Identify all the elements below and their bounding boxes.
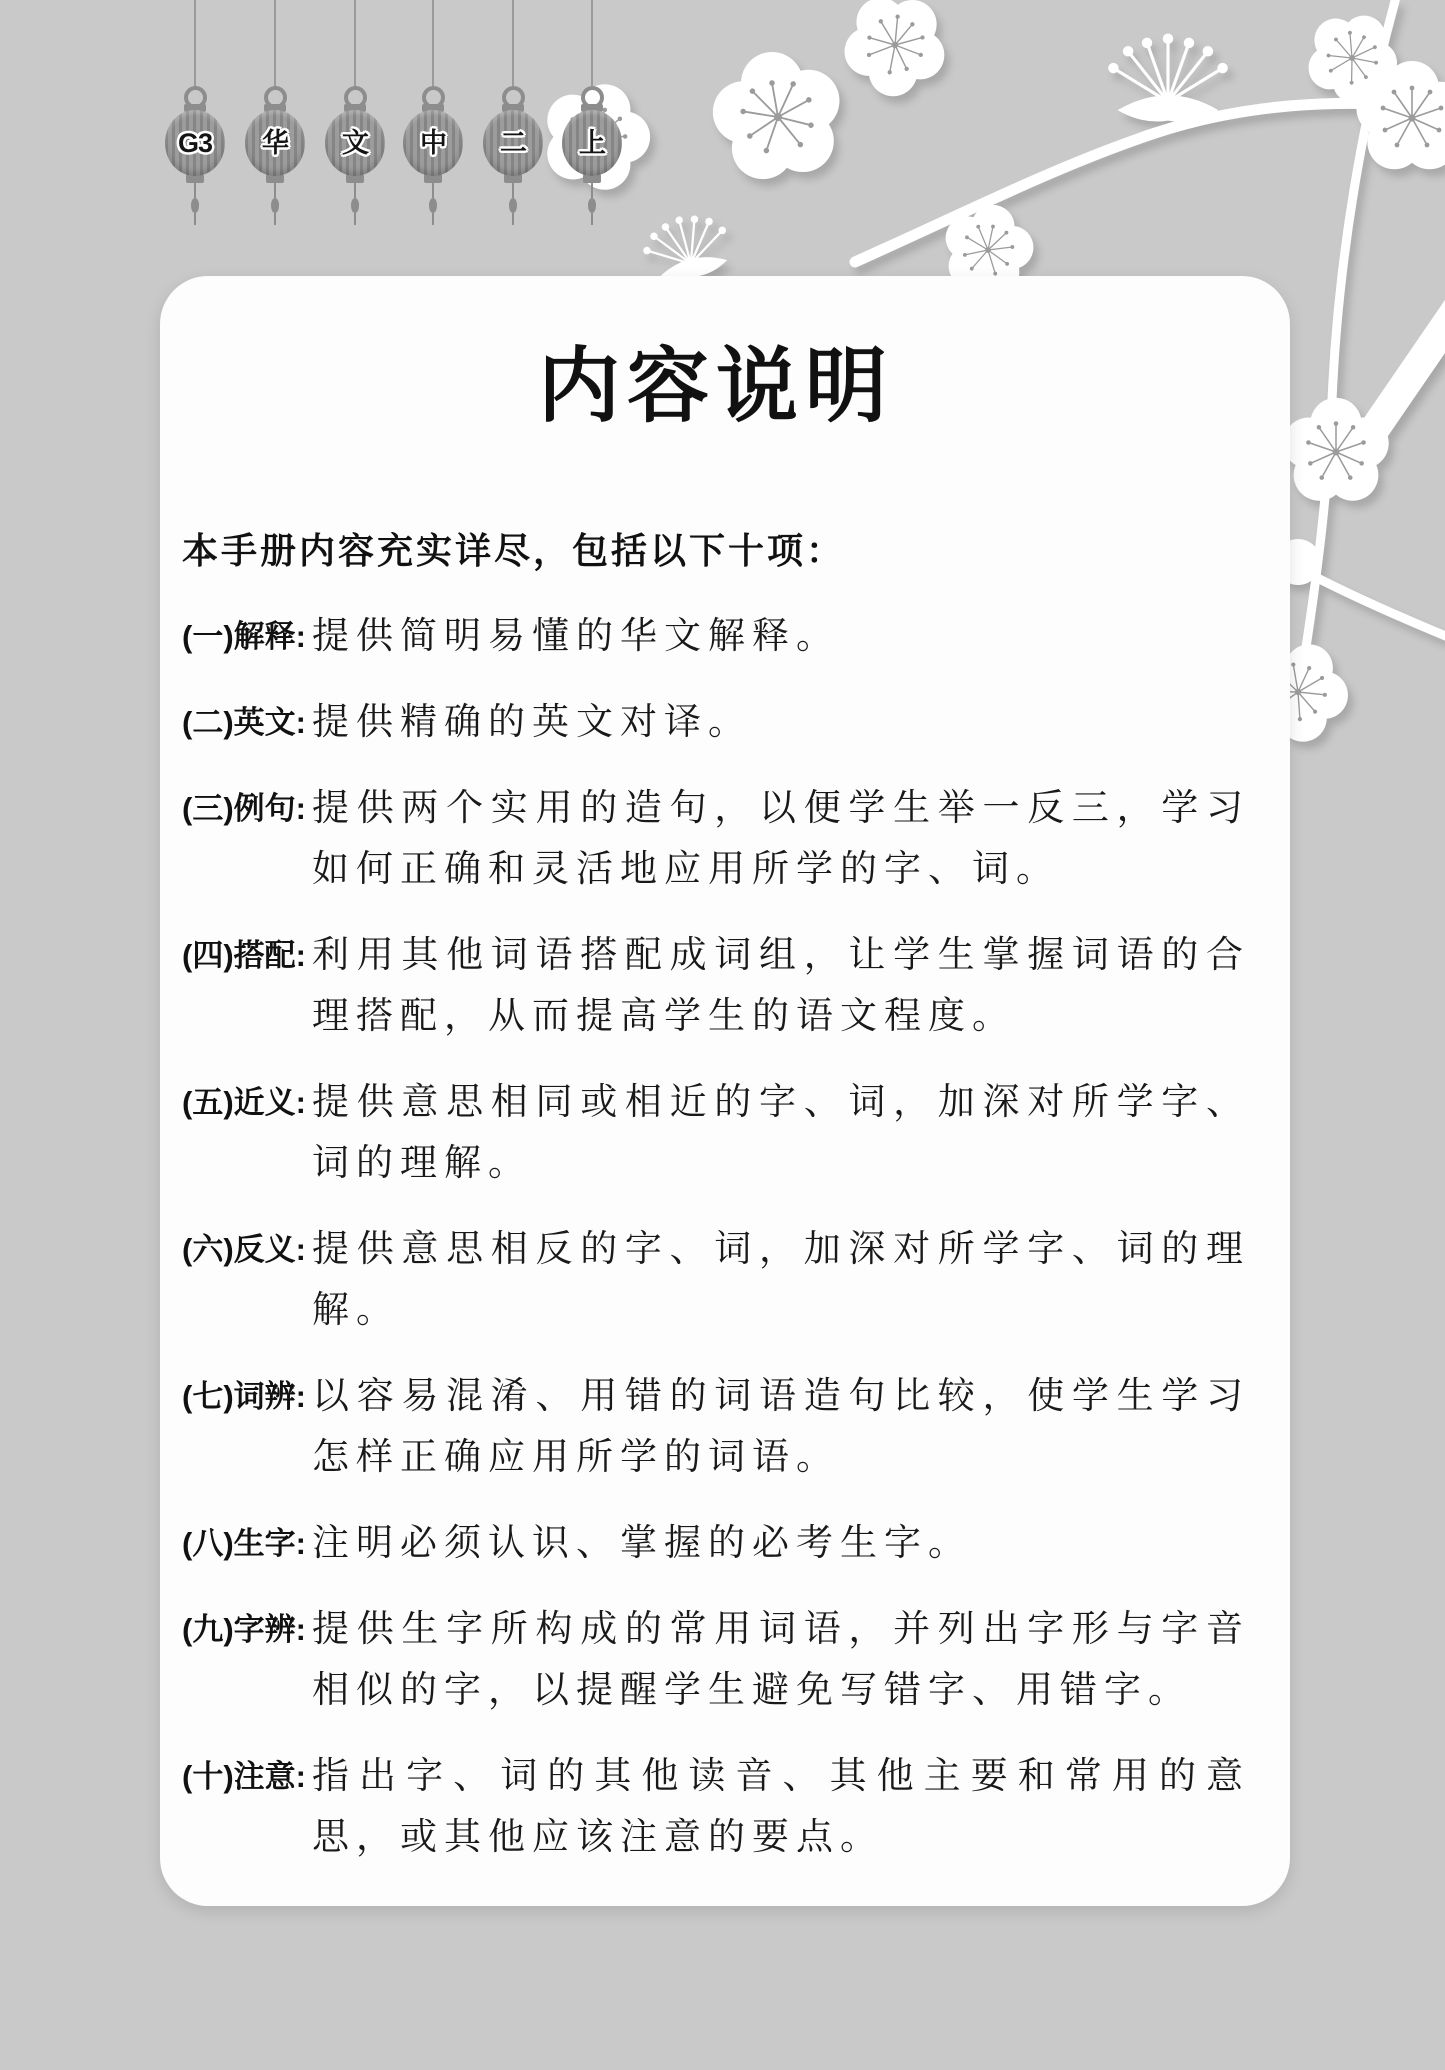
item-description: 提供意思相同或相近的字、词，加深对所学字、词的理解。 [312, 1072, 1250, 1194]
item-label: (九)字辨: [182, 1599, 312, 1660]
lantern: G3 [163, 0, 227, 225]
lantern-tassel-tip [191, 198, 199, 213]
lantern-string-line [512, 0, 514, 86]
page-title: 内容说明 [182, 346, 1250, 428]
item-description: 指出字、词的其他读音、其他主要和常用的意思，或其他应该注意的要点。 [312, 1746, 1250, 1868]
list-item: (五)近义: 提供意思相同或相近的字、词，加深对所学字、词的理解。 [182, 1072, 1250, 1194]
list-item: (九)字辨: 提供生字所构成的常用词语，并列出字形与字音相似的字，以提醒学生避免… [182, 1599, 1250, 1721]
item-label: (四)搭配: [182, 925, 312, 986]
lantern-string-line [354, 0, 356, 86]
lantern-label: 二 [500, 130, 526, 157]
item-label: (一)解释: [182, 606, 312, 667]
lantern-string-line [194, 0, 196, 86]
lantern-tassel [591, 183, 593, 198]
lantern-tassel-tip [271, 198, 279, 213]
lantern-label: 中 [420, 130, 446, 157]
blossom-spray-icon [1108, 33, 1228, 121]
item-description: 利用其他词语搭配成词组，让学生掌握词语的合理搭配，从而提高学生的语文程度。 [312, 925, 1250, 1047]
lantern-tassel [354, 183, 356, 198]
lantern-tassel-tail [591, 213, 593, 225]
lantern-tassel-tip [509, 198, 517, 213]
item-description: 注明必须认识、掌握的必考生字。 [312, 1513, 1250, 1574]
item-label: (七)词辨: [182, 1366, 312, 1427]
lantern-tassel-tip [429, 198, 437, 213]
lantern-string-line [274, 0, 276, 86]
item-description: 以容易混淆、用错的词语造句比较，使学生学习怎样正确应用所学的词语。 [312, 1366, 1250, 1488]
lantern-label: 文 [342, 130, 368, 157]
list-item: (六)反义: 提供意思相反的字、词，加深对所学字、词的理解。 [182, 1219, 1250, 1341]
blossom-flower-icon [827, 0, 966, 112]
blossom-flower-icon [704, 41, 851, 186]
item-label: (八)生字: [182, 1513, 312, 1574]
lantern-label: 上 [579, 130, 605, 157]
lantern-tassel-tip [351, 198, 359, 213]
lantern-tassel-tail [194, 213, 196, 225]
lantern-body-icon: G3 [165, 110, 225, 176]
lantern-string-line [591, 0, 593, 86]
lantern-body-icon: 二 [483, 110, 543, 176]
lantern-label: G3 [178, 130, 212, 157]
item-description: 提供两个实用的造句，以便学生举一反三，学习如何正确和灵活地应用所学的字、词。 [312, 778, 1250, 900]
lantern-tassel-tail [432, 213, 434, 225]
lantern: 上 [560, 0, 624, 225]
lantern: 华 [243, 0, 307, 225]
item-label: (五)近义: [182, 1072, 312, 1133]
lantern-tassel-tail [512, 213, 514, 225]
lantern-tassel [194, 183, 196, 198]
item-label: (十)注意: [182, 1746, 312, 1807]
lantern-body-icon: 上 [562, 110, 622, 176]
lantern-tassel-tail [354, 213, 356, 225]
list-item: (三)例句: 提供两个实用的造句，以便学生举一反三，学习如何正确和灵活地应用所学… [182, 778, 1250, 900]
lantern-body-icon: 中 [403, 110, 463, 176]
item-description: 提供生字所构成的常用词语，并列出字形与字音相似的字，以提醒学生避免写错字、用错字… [312, 1599, 1250, 1721]
lantern-tassel [274, 183, 276, 198]
list-item: (四)搭配: 利用其他词语搭配成词组，让学生掌握词语的合理搭配，从而提高学生的语… [182, 925, 1250, 1047]
item-description: 提供意思相反的字、词，加深对所学字、词的理解。 [312, 1219, 1250, 1341]
page: { "meta": { "background_color": "#c9c9c9… [0, 0, 1445, 2070]
list-item: (八)生字: 注明必须认识、掌握的必考生字。 [182, 1513, 1250, 1574]
lantern-label: 华 [262, 130, 288, 157]
lantern-tassel [432, 183, 434, 198]
item-label: (三)例句: [182, 778, 312, 839]
item-description: 提供精确的英文对译。 [312, 692, 1250, 753]
list-item: (七)词辨: 以容易混淆、用错的词语造句比较，使学生学习怎样正确应用所学的词语。 [182, 1366, 1250, 1488]
intro-text: 本手册内容充实详尽，包括以下十项： [182, 526, 1250, 576]
item-label: (二)英文: [182, 692, 312, 753]
list-item: (一)解释: 提供简明易懂的华文解释。 [182, 606, 1250, 667]
lantern-body-icon: 华 [245, 110, 305, 176]
lantern-tassel [512, 183, 514, 198]
lantern: 文 [323, 0, 387, 225]
lantern: 二 [481, 0, 545, 225]
item-description: 提供简明易懂的华文解释。 [312, 606, 1250, 667]
lantern-body-icon: 文 [325, 110, 385, 176]
bud-stem [1302, 570, 1445, 640]
list-item: (二)英文: 提供精确的英文对译。 [182, 692, 1250, 753]
list-item: (十)注意: 指出字、词的其他读音、其他主要和常用的意思，或其他应该注意的要点。 [182, 1746, 1250, 1868]
lantern-tassel-tail [274, 213, 276, 225]
content-card: 内容说明 本手册内容充实详尽，包括以下十项： (一)解释: 提供简明易懂的华文解… [160, 276, 1290, 1906]
item-list: (一)解释: 提供简明易懂的华文解释。 (二)英文: 提供精确的英文对译。 (三… [182, 606, 1250, 1868]
lantern: 中 [401, 0, 465, 225]
lantern-tassel-tip [588, 198, 596, 213]
lantern-string-line [432, 0, 434, 86]
item-label: (六)反义: [182, 1219, 312, 1280]
